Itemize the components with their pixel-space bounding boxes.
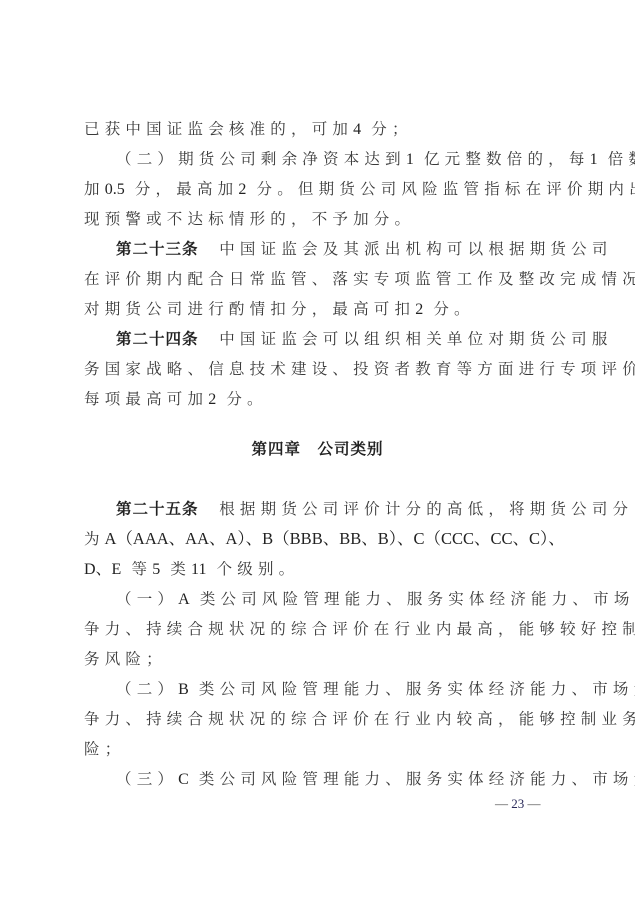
text-span: 倍数: [608, 150, 635, 168]
text-span: 类公司风险管理能力、服务实体经济能力、市场竞: [199, 680, 635, 698]
text-span: 加: [84, 180, 105, 198]
number-span: 11: [191, 561, 206, 578]
article-23-line-1: 第二十三条 中国证监会及其派出机构可以根据期货公司: [116, 234, 546, 264]
article-24-line-2: 务国家战略、信息技术建设、投资者教育等方面进行专项评价，: [84, 354, 546, 384]
number-span: 5: [152, 561, 160, 578]
text-span: 亿元整数倍的，每: [424, 150, 590, 168]
class-letter: A: [178, 591, 190, 608]
text-span: （二）期货公司剩余净资本达到: [116, 150, 406, 168]
text-span: （二）: [116, 680, 178, 698]
article-25-line-2: 为A（AAA、AA、A）、B（BBB、BB、B）、C（CCC、CC、C）、: [84, 524, 546, 554]
text-span: 根据期货公司评价计分的高低，将期货公司分: [199, 500, 634, 518]
number-span: 1: [406, 151, 414, 168]
text-span: 为: [84, 530, 105, 548]
text-span: 分，最高加: [135, 180, 239, 198]
item-2-line-2: 争力、持续合规状况的综合评价在行业内较高，能够控制业务风: [84, 704, 546, 734]
grade-list: A（AAA、AA、A）、B（BBB、BB、B）、C（CCC、CC、C）、: [105, 529, 565, 548]
class-letter: C: [178, 771, 189, 788]
number-span: 2: [415, 301, 423, 318]
text-span: 分。: [433, 300, 474, 318]
number-span: 1: [590, 151, 598, 168]
number-span: 2: [238, 181, 246, 198]
text-span: 类: [170, 560, 191, 578]
number-span: D、E: [84, 561, 121, 578]
text-span: 争力、持续合规状况的综合评价在行业内最高，能够较好控制业: [84, 620, 635, 638]
text-span: 分。但期货公司风险监管指标在评价期内出: [257, 180, 635, 198]
item-1-line-1: （一）A 类公司风险管理能力、服务实体经济能力、市场竞: [116, 584, 546, 614]
dash-right: —: [528, 796, 541, 811]
class-letter: B: [178, 681, 189, 698]
page-number: — 23 —: [495, 796, 541, 812]
text-span: （一）: [116, 590, 178, 608]
text-span: 分；: [371, 120, 412, 138]
text-span: 个级别。: [217, 560, 300, 578]
article-number: 第二十四条: [116, 329, 199, 348]
text-span: 已获中国证监会核准的，可加: [84, 120, 353, 138]
text-line-2: （二）期货公司剩余净资本达到1 亿元整数倍的，每1 倍数: [116, 144, 546, 174]
chapter-heading: 第四章 公司类别: [0, 434, 635, 464]
text-span: 分。: [226, 390, 267, 408]
number-span: 2: [208, 391, 216, 408]
text-span: 类公司风险管理能力、服务实体经济能力、市场竞: [200, 590, 635, 608]
text-line-1: 已获中国证监会核准的，可加4 分；: [84, 114, 546, 144]
article-23-line-3: 对期货公司进行酌情扣分，最高可扣2 分。: [84, 294, 546, 324]
text-span: 险；: [84, 740, 125, 758]
article-23-line-2: 在评价期内配合日常监管、落实专项监管工作及整改完成情况，: [84, 264, 546, 294]
text-span: 类公司风险管理能力、服务实体经济能力、市场竞: [199, 770, 635, 788]
item-1-line-2: 争力、持续合规状况的综合评价在行业内最高，能够较好控制业: [84, 614, 546, 644]
text-span: 务国家战略、信息技术建设、投资者教育等方面进行专项评价，: [84, 360, 635, 378]
article-24-line-1: 第二十四条 中国证监会可以组织相关单位对期货公司服: [116, 324, 546, 354]
article-25-line-3: D、E 等5 类11 个级别。: [84, 554, 546, 584]
text-span: 务风险；: [84, 650, 167, 668]
text-line-4: 现预警或不达标情形的，不予加分。: [84, 204, 546, 234]
text-line-3: 加0.5 分，最高加2 分。但期货公司风险监管指标在评价期内出: [84, 174, 546, 204]
article-24-line-3: 每项最高可加2 分。: [84, 384, 546, 414]
item-3-line-1: （三）C 类公司风险管理能力、服务实体经济能力、市场竞: [116, 764, 546, 794]
text-span: 中国证监会及其派出机构可以根据期货公司: [199, 240, 613, 258]
document-page: 已获中国证监会核准的，可加4 分； （二）期货公司剩余净资本达到1 亿元整数倍的…: [0, 0, 635, 899]
text-span: 争力、持续合规状况的综合评价在行业内较高，能够控制业务风: [84, 710, 635, 728]
article-25-line-1: 第二十五条 根据期货公司评价计分的高低，将期货公司分: [116, 494, 546, 524]
number-span: 0.5: [105, 181, 125, 198]
item-1-line-3: 务风险；: [84, 644, 546, 674]
text-span: 现预警或不达标情形的，不予加分。: [84, 210, 415, 228]
article-number: 第二十五条: [116, 499, 199, 518]
text-span: 对期货公司进行酌情扣分，最高可扣: [84, 300, 415, 318]
article-number: 第二十三条: [116, 239, 199, 258]
number-span: 4: [353, 121, 361, 138]
text-span: 等: [131, 560, 152, 578]
text-span: （三）: [116, 770, 178, 788]
text-span: 每项最高可加: [84, 390, 208, 408]
text-span: 中国证监会可以组织相关单位对期货公司服: [199, 330, 613, 348]
text-span: 在评价期内配合日常监管、落实专项监管工作及整改完成情况，: [84, 270, 635, 288]
item-2-line-3: 险；: [84, 734, 546, 764]
item-2-line-1: （二）B 类公司风险管理能力、服务实体经济能力、市场竞: [116, 674, 546, 704]
dash-left: —: [495, 796, 508, 811]
page-number-value: 23: [511, 796, 524, 811]
